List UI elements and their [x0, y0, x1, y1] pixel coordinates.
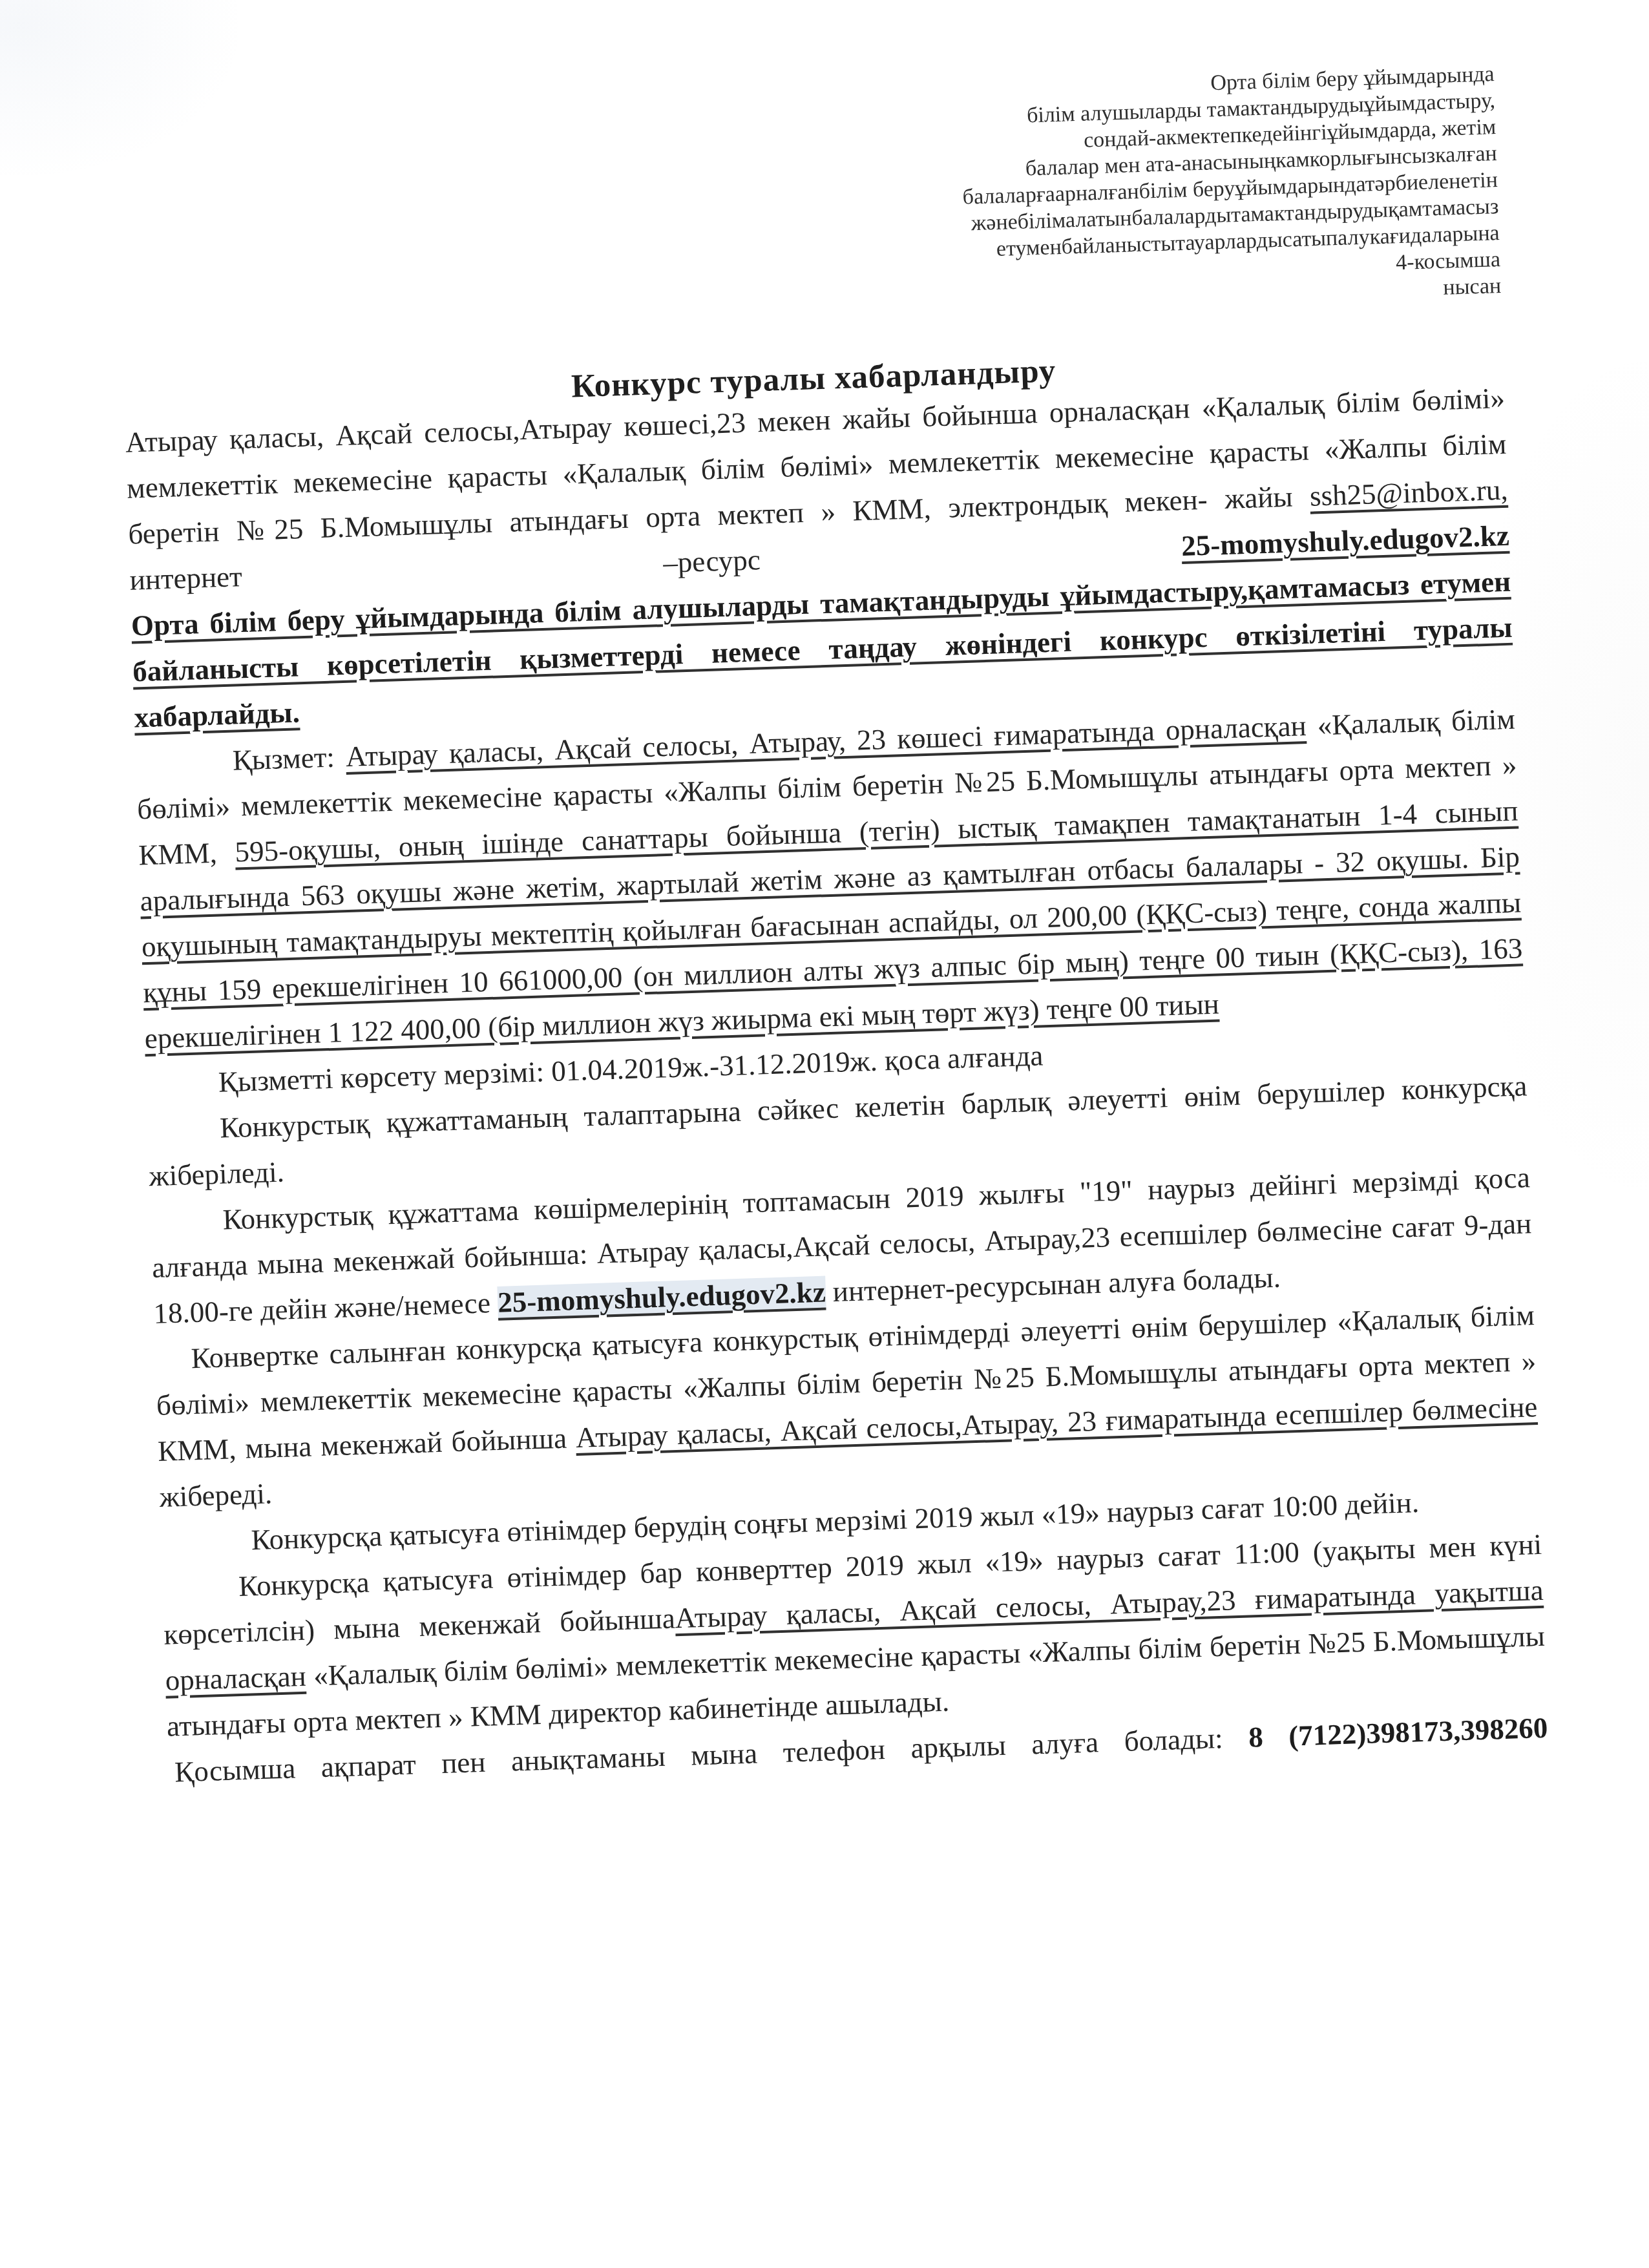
text-run: интернет-ресурсынан алуға болады.	[825, 1261, 1281, 1308]
scan-content: Орта білім беру ұйымдарындабілім алушыла…	[114, 61, 1548, 1796]
text-run: Қызмет:	[232, 740, 346, 777]
text-run: 25-momyshuly.edugov2.kz	[497, 1276, 826, 1318]
text-run: 595-оқушы, оның ішінде санаттары бойынша…	[140, 795, 1523, 1055]
text-run: ssh25@inbox.ru,	[1309, 474, 1508, 512]
header-note: Орта білім беру ұйымдарындабілім алушыла…	[938, 61, 1501, 317]
scanned-page: Орта білім беру ұйымдарындабілім алушыла…	[0, 0, 1649, 2268]
text-run: 8 (7122)398173,398260	[1248, 1712, 1548, 1754]
text-run: жібереді.	[159, 1477, 273, 1513]
text-run: 25-momyshuly.edugov2.kz	[1181, 520, 1510, 562]
paragraph-service-details: Қызмет: Атырау қаласы, Ақсай селосы, Аты…	[135, 697, 1525, 1062]
